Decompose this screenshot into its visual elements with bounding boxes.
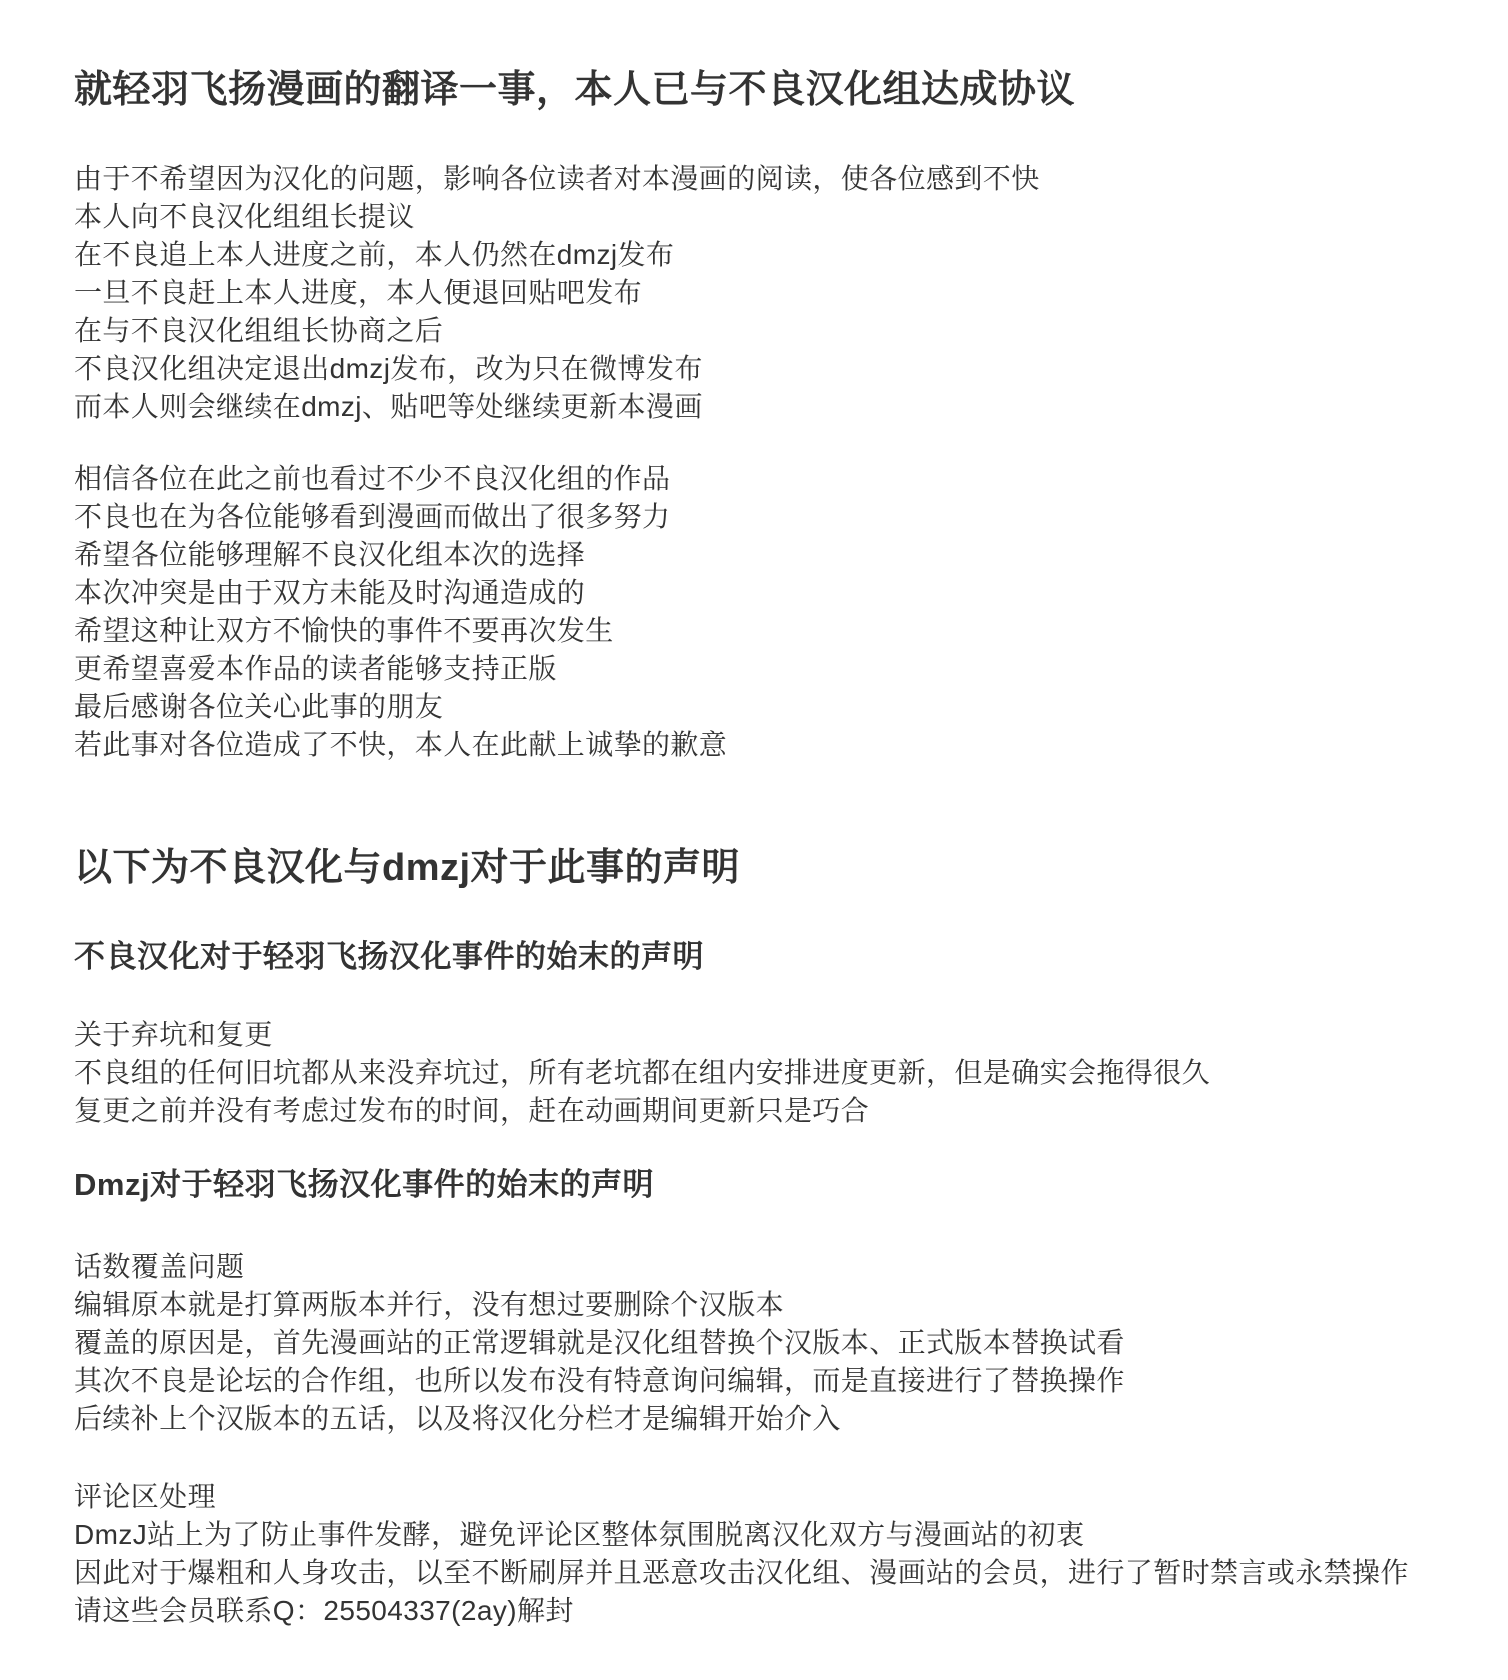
author-paragraph-2: 相信各位在此之前也看过不少不良汉化组的作品 不良也在为各位能够看到漫画而做出了很… [74, 460, 1478, 764]
statements-section-heading: 以下为不良汉化与dmzj对于此事的声明 [74, 844, 1478, 892]
dmzj-coverage-paragraph: 话数覆盖问题 编辑原本就是打算两版本并行，没有想过要删除个汉版本 覆盖的原因是，… [74, 1248, 1478, 1438]
text-line: 相信各位在此之前也看过不少不良汉化组的作品 [74, 460, 1478, 498]
text-line: 而本人则会继续在dmzj、贴吧等处继续更新本漫画 [74, 388, 1478, 426]
text-line: 在不良追上本人进度之前，本人仍然在dmzj发布 [74, 236, 1478, 274]
text-line: 本人向不良汉化组组长提议 [74, 198, 1478, 236]
text-line: 希望这种让双方不愉快的事件不要再次发生 [74, 612, 1478, 650]
text-line: 更希望喜爱本作品的读者能够支持正版 [74, 650, 1478, 688]
text-line: 其次不良是论坛的合作组，也所以发布没有特意询问编辑，而是直接进行了替换操作 [74, 1362, 1478, 1400]
text-line: 因此对于爆粗和人身攻击，以至不断刷屏并且恶意攻击汉化组、漫画站的会员，进行了暂时… [74, 1554, 1478, 1592]
author-paragraph-1: 由于不希望因为汉化的问题，影响各位读者对本漫画的阅读，使各位感到不快 本人向不良… [74, 160, 1478, 426]
text-line: 一旦不良赶上本人进度，本人便退回贴吧发布 [74, 274, 1478, 312]
text-line: DmzJ站上为了防止事件发酵，避免评论区整体氛围脱离汉化双方与漫画站的初衷 [74, 1516, 1478, 1554]
dmzj-comments-paragraph: 评论区处理 DmzJ站上为了防止事件发酵，避免评论区整体氛围脱离汉化双方与漫画站… [74, 1478, 1478, 1630]
text-line: 编辑原本就是打算两版本并行，没有想过要删除个汉版本 [74, 1286, 1478, 1324]
text-line: 本次冲突是由于双方未能及时沟通造成的 [74, 574, 1478, 612]
text-line: 在与不良汉化组组长协商之后 [74, 312, 1478, 350]
text-line: 关于弃坑和复更 [74, 1016, 1478, 1054]
buliang-statement-heading: 不良汉化对于轻羽飞扬汉化事件的始末的声明 [74, 936, 1478, 978]
document-title: 就轻羽飞扬漫画的翻译一事，本人已与不良汉化组达成协议 [74, 66, 1478, 114]
dmzj-statement-heading: Dmzj对于轻羽飞扬汉化事件的始末的声明 [74, 1164, 1478, 1206]
text-line: 评论区处理 [74, 1478, 1478, 1516]
statement-document: 就轻羽飞扬漫画的翻译一事，本人已与不良汉化组达成协议 由于不希望因为汉化的问题，… [0, 66, 1508, 1630]
text-line: 希望各位能够理解不良汉化组本次的选择 [74, 536, 1478, 574]
text-line: 复更之前并没有考虑过发布的时间，赶在动画期间更新只是巧合 [74, 1092, 1478, 1130]
text-line: 请这些会员联系Q：25504337(2ay)解封 [74, 1592, 1478, 1630]
text-line: 由于不希望因为汉化的问题，影响各位读者对本漫画的阅读，使各位感到不快 [74, 160, 1478, 198]
text-line: 话数覆盖问题 [74, 1248, 1478, 1286]
buliang-statement-paragraph: 关于弃坑和复更 不良组的任何旧坑都从来没弃坑过，所有老坑都在组内安排进度更新，但… [74, 1016, 1478, 1130]
text-line: 不良汉化组决定退出dmzj发布，改为只在微博发布 [74, 350, 1478, 388]
text-line: 不良组的任何旧坑都从来没弃坑过，所有老坑都在组内安排进度更新，但是确实会拖得很久 [74, 1054, 1478, 1092]
text-line: 不良也在为各位能够看到漫画而做出了很多努力 [74, 498, 1478, 536]
text-line: 覆盖的原因是，首先漫画站的正常逻辑就是汉化组替换个汉版本、正式版本替换试看 [74, 1324, 1478, 1362]
text-line: 若此事对各位造成了不快，本人在此献上诚挚的歉意 [74, 726, 1478, 764]
text-line: 后续补上个汉版本的五话，以及将汉化分栏才是编辑开始介入 [74, 1400, 1478, 1438]
text-line: 最后感谢各位关心此事的朋友 [74, 688, 1478, 726]
